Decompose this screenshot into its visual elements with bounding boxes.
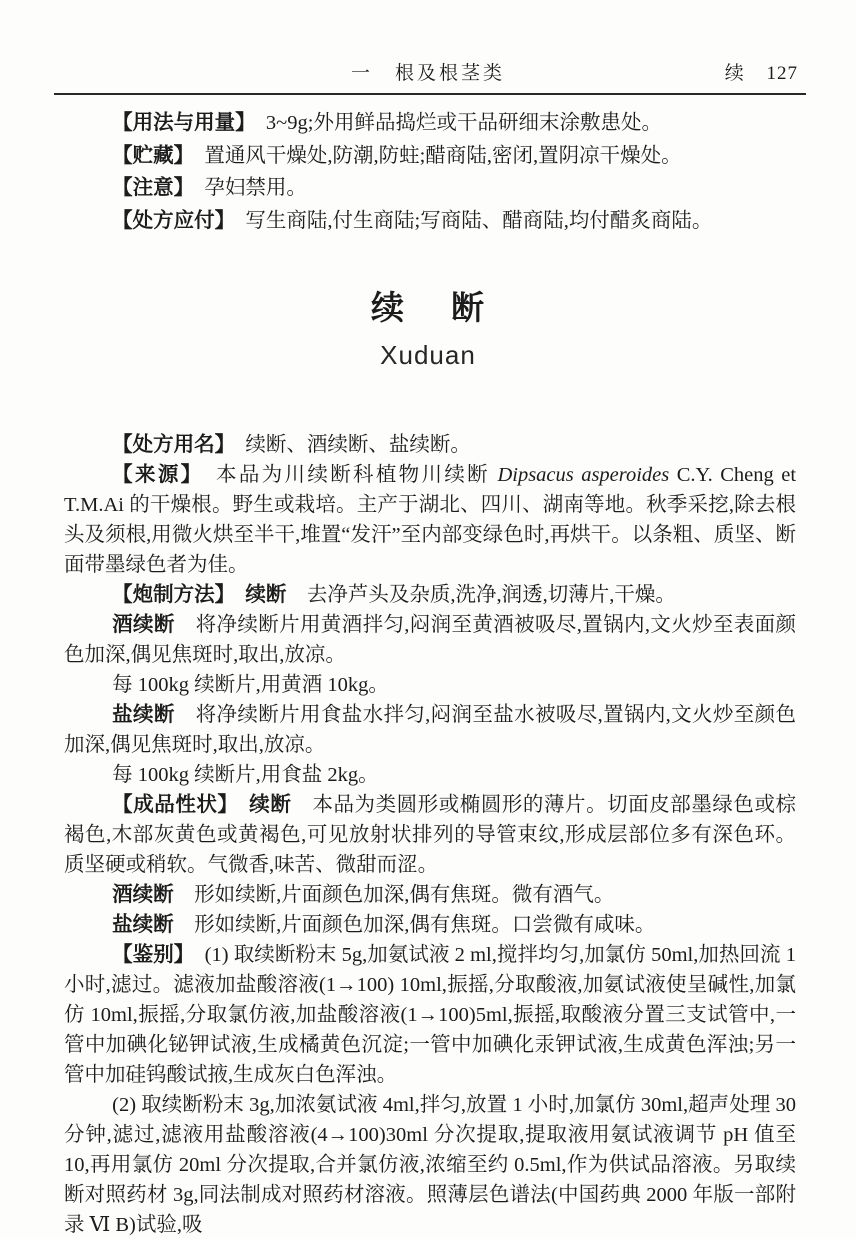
text-run: 续断、酒续断、盐续断。 [225,434,471,456]
section-label: 酒续断 [112,614,175,636]
section-label: 续断 [249,794,291,816]
text-run: 形如续断,片面颜色加深,偶有焦斑。口尝微有咸味。 [174,914,656,936]
paragraph: 酒续断 形如续断,片面颜色加深,偶有焦斑。微有酒气。 [64,880,796,910]
paragraph: 盐续断 将净续断片用食盐水拌匀,闷润至盐水被吸尽,置锅内,文火炒至颜色加深,偶见… [64,700,796,760]
drug-title: 续 断 [0,290,856,328]
section-label: 盐续断 [112,914,174,936]
section-label: 续断 [245,584,286,606]
header-divider [54,93,806,95]
paragraph: (2) 取续断粉末 3g,加浓氨试液 4ml,拌匀,放置 1 小时,加氯仿 30… [64,1090,796,1239]
text-run: 每 100kg 续断片,用食盐 2kg。 [112,764,379,786]
text-run: 本品为川续断科植物川续断 [193,464,497,486]
paragraph: 每 100kg 续断片,用黄酒 10kg。 [64,670,796,700]
paragraph: 【贮藏】 置通风干燥处,防潮,防蛀;醋商陆,密闭,置阴凉干燥处。 [64,140,796,173]
paragraph: 【注意】 孕妇禁用。 [64,172,796,205]
monograph-body: 【处方用名】 续断、酒续断、盐续断。【来源】 本品为川续断科植物川续断 Dips… [64,430,796,1239]
title-char-1: 续 [371,290,405,328]
paragraph: 【鉴别】 (1) 取续断粉末 5g,加氨试液 2 ml,搅拌均匀,加氯仿 50m… [64,940,796,1090]
title-block: 续 断 Xuduan [0,290,856,370]
text-run: 置通风干燥处,防潮,防蛀;醋商陆,密闭,置阴凉干燥处。 [184,145,682,167]
section-label: 【鉴别】 [112,944,184,966]
page: 一 根及根茎类 续 127 【用法与用量】 3~9g;外用鲜品捣烂或干品研细末涂… [0,0,856,1239]
text-run: 将净续断片用食盐水拌匀,闷润至盐水被吸尽,置锅内,文火炒至颜色加深,偶见焦斑时,… [64,704,796,756]
text-run: 写生商陆,付生商陆;写商陆、醋商陆,均付醋炙商陆。 [225,210,712,232]
section-label: 酒续断 [112,884,174,906]
title-char-2: 断 [451,290,485,328]
paragraph: 【来源】 本品为川续断科植物川续断 Dipsacus asperoides C.… [64,460,796,580]
text-run: 形如续断,片面颜色加深,偶有焦斑。微有酒气。 [174,884,615,906]
paragraph: 【成品性状】 续断 本品为类圆形或椭圆形的薄片。切面皮部墨绿色或棕褐色,木部灰黄… [64,790,796,880]
title-pinyin: Xuduan [0,340,856,370]
section-label: 【用法与用量】 [112,112,245,134]
page-number: 127 [767,63,799,84]
section-label: 【贮藏】 [112,145,184,167]
text-run [225,584,246,606]
text-run: 每 100kg 续断片,用黄酒 10kg。 [112,674,389,696]
text-run [228,794,249,816]
paragraph: 【炮制方法】 续断 去净芦头及杂质,洗净,润透,切薄片,干燥。 [64,580,796,610]
text-run: 孕妇禁用。 [184,177,307,199]
paragraph: 【用法与用量】 3~9g;外用鲜品捣烂或干品研细末涂敷患处。 [64,107,796,140]
running-head-section-title: 一 根及根茎类 [351,58,505,85]
section-label: 【成品性状】 [112,794,228,816]
text-run: 去净芦头及杂质,洗净,润透,切薄片,干燥。 [286,584,676,606]
text-run: 3~9g;外用鲜品捣烂或干品研细末涂敷患处。 [245,112,662,134]
paragraph: 盐续断 形如续断,片面颜色加深,偶有焦斑。口尝微有咸味。 [64,910,796,940]
running-head-right: 续 127 [725,58,798,85]
paragraph: 【处方用名】 续断、酒续断、盐续断。 [64,430,796,460]
latin-name: Dipsacus asperoides [497,464,669,486]
section-label: 【炮制方法】 [112,584,225,606]
page-marker: 续 [725,63,744,84]
paragraph: 酒续断 将净续断片用黄酒拌匀,闷润至黄酒被吸尽,置锅内,文火炒至表面颜色加深,偶… [64,610,796,670]
paragraph: 【处方应付】 写生商陆,付生商陆;写商陆、醋商陆,均付醋炙商陆。 [64,205,796,238]
section-label: 盐续断 [112,704,175,726]
text-run: 将净续断片用黄酒拌匀,闷润至黄酒被吸尽,置锅内,文火炒至表面颜色加深,偶见焦斑时… [64,614,796,666]
usage-section: 【用法与用量】 3~9g;外用鲜品捣烂或干品研细末涂敷患处。【贮藏】 置通风干燥… [64,107,796,237]
section-label: 【处方应付】 [112,210,225,232]
section-label: 【来源】 [112,464,193,486]
page-header: 一 根及根茎类 续 127 [56,58,800,86]
section-label: 【处方用名】 [112,434,225,456]
section-label: 【注意】 [112,177,184,199]
paragraph: 每 100kg 续断片,用食盐 2kg。 [64,760,796,790]
text-run: (2) 取续断粉末 3g,加浓氨试液 4ml,拌匀,放置 1 小时,加氯仿 30… [64,1094,796,1236]
